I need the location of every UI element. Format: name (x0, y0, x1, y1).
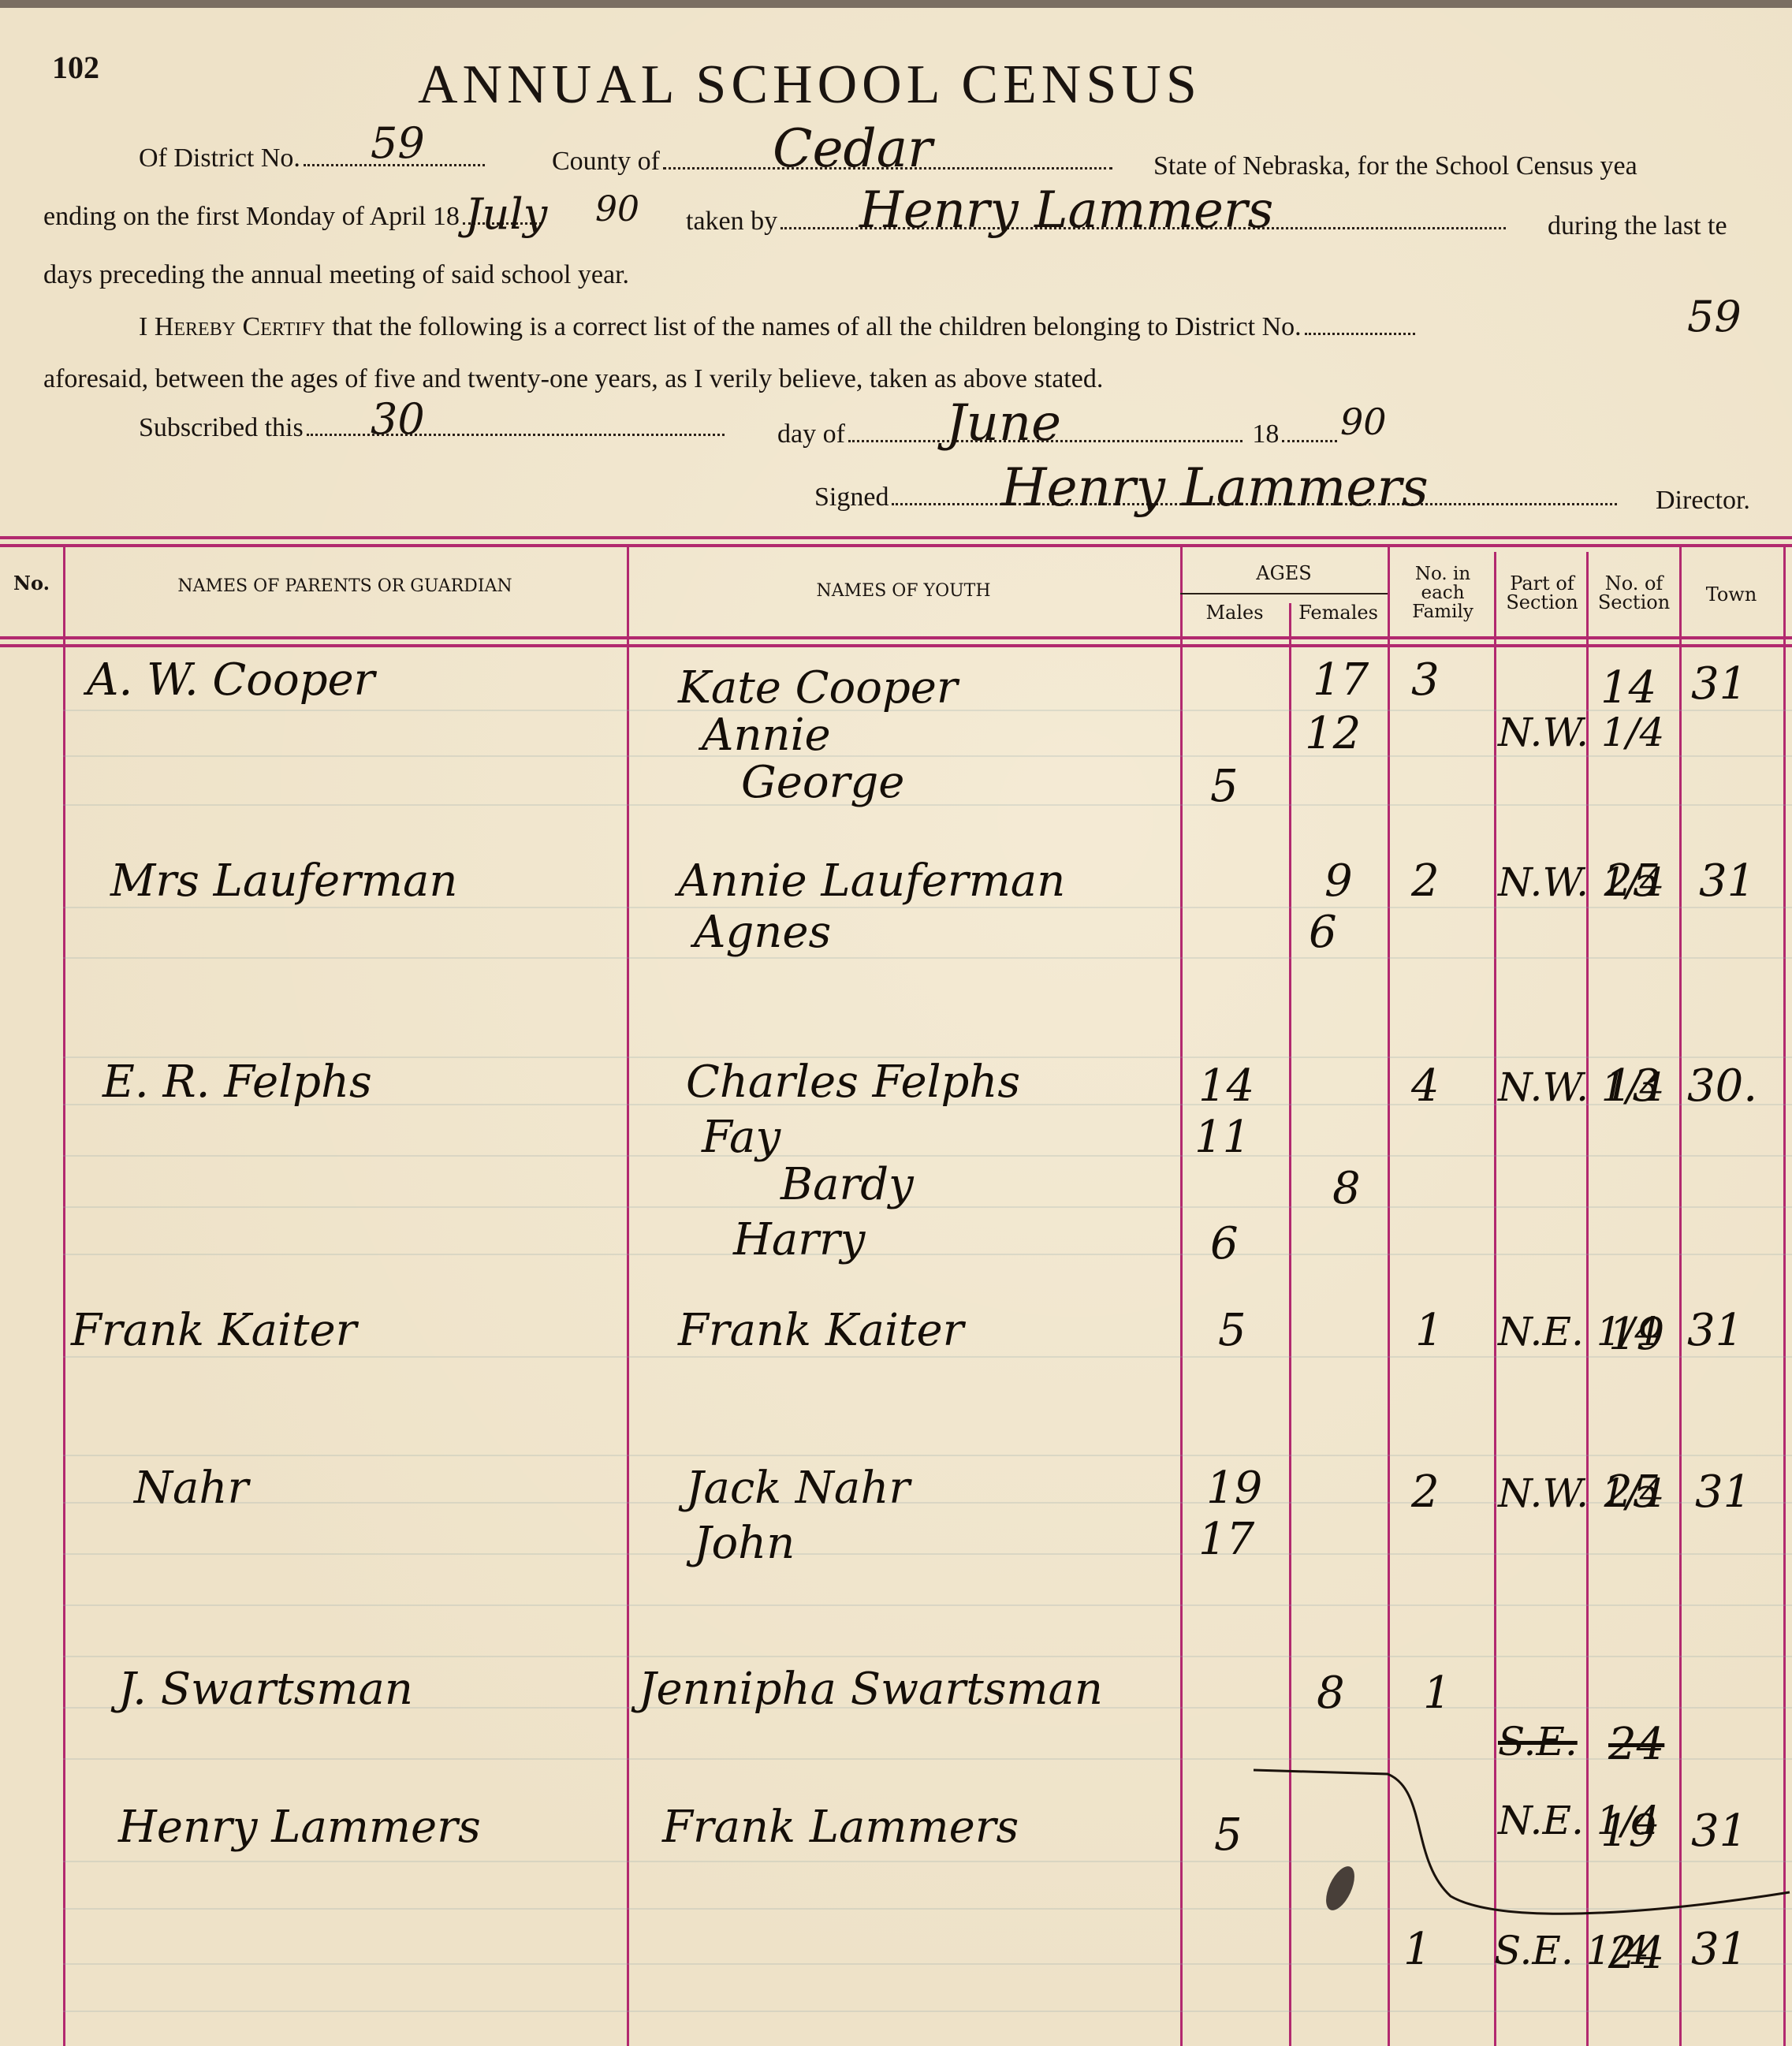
male-age: 5 (1218, 1305, 1246, 1356)
town-number: 30. (1687, 1060, 1757, 1112)
youth-name: George (741, 757, 904, 808)
section-number: 14 (1600, 662, 1656, 714)
subscribed-month: June (946, 394, 1061, 453)
parent-name: Mrs Lauferman (110, 855, 457, 907)
town-number: 31 (1695, 1466, 1751, 1518)
county-name: Cedar (773, 118, 933, 179)
family-count: 2 (1411, 1466, 1440, 1518)
youth-name: John (694, 1518, 795, 1569)
youth-name: Charles Felphs (686, 1057, 1020, 1108)
col-no-section: No. of Section (1589, 574, 1679, 612)
family-count: 4 (1411, 1060, 1440, 1112)
subscribed-day: 30 (371, 394, 425, 444)
male-age: 5 (1214, 1809, 1242, 1861)
male-age: 19 (1206, 1463, 1262, 1514)
male-age: 6 (1210, 1218, 1239, 1269)
ink-connector-curve (1246, 1758, 1792, 1932)
youth-name: Annie Lauferman (678, 855, 1065, 907)
during-label: during the last te (1548, 211, 1727, 241)
table-top-rule-2 (0, 544, 1792, 547)
parent-name: E. R. Felphs (102, 1057, 372, 1108)
days-preceding: days preceding the annual meeting of sai… (43, 260, 629, 290)
col-divider-no (63, 544, 65, 2046)
section-number: 25 (1604, 855, 1660, 907)
district-number: 59 (371, 118, 425, 168)
section-number: 19 (1608, 1309, 1664, 1360)
youth-name: Frank Lammers (662, 1802, 1019, 1853)
town-number: 31 (1699, 855, 1755, 907)
section-number: 25 (1604, 1466, 1660, 1518)
district-label: Of District No. (139, 143, 488, 173)
col-town: Town (1679, 585, 1783, 604)
page-title: ANNUAL SCHOOL CENSUS (418, 54, 1201, 117)
parent-name: A. W. Cooper (87, 654, 374, 706)
page-number: 102 (52, 49, 99, 86)
subscribed-year: 90 (1340, 401, 1387, 443)
census-year: 90 (595, 189, 639, 229)
parent-name: Nahr (134, 1463, 248, 1514)
col-males: Males (1180, 603, 1289, 622)
book-edge (0, 0, 1792, 8)
youth-name: Fay (702, 1112, 781, 1163)
female-age: 6 (1309, 907, 1337, 958)
col-ages: AGES (1180, 564, 1388, 583)
section-number: 13 (1604, 1060, 1660, 1112)
female-age: 9 (1324, 855, 1353, 907)
parent-name: J. Swartsman (118, 1664, 413, 1715)
male-age: 14 (1198, 1060, 1254, 1112)
certify-district-number: 59 (1687, 292, 1742, 341)
ages-underline (1180, 593, 1388, 594)
census-page: 102 ANNUAL SCHOOL CENSUS Of District No.… (0, 0, 1792, 2046)
youth-name: Jennipha Swartsman (639, 1664, 1103, 1715)
youth-name: Kate Cooper (678, 662, 958, 714)
header-bottom-rule-2 (0, 644, 1792, 647)
parent-name: Henry Lammers (118, 1802, 481, 1853)
family-count: 1 (1423, 1668, 1451, 1719)
col-parents: NAMES OF PARENTS OR GUARDIAN (63, 577, 627, 596)
town-number: 31 (1687, 1305, 1743, 1356)
col-part-section: Part of Section (1498, 574, 1586, 612)
youth-name: Bardy (781, 1159, 914, 1210)
female-age: 12 (1305, 708, 1361, 759)
taken-by-name: Henry Lammers (859, 181, 1273, 240)
family-count: 1 (1415, 1305, 1444, 1356)
town-number: 31 (1691, 658, 1747, 710)
youth-name: Annie (702, 710, 831, 761)
certify-text: I Hereby Certify that the following is a… (139, 312, 1418, 342)
female-age: 17 (1313, 654, 1369, 706)
family-count: 3 (1411, 654, 1440, 706)
female-age: 8 (1332, 1163, 1361, 1214)
male-age: 11 (1194, 1112, 1250, 1163)
youth-name: Harry (733, 1214, 865, 1265)
state-text: State of Nebraska, for the School Census… (1153, 151, 1637, 181)
month-handwritten: July (465, 189, 547, 239)
certify-line2: aforesaid, between the ages of five and … (43, 364, 1103, 394)
male-age: 5 (1210, 761, 1239, 812)
youth-name: Jack Nahr (686, 1463, 910, 1514)
section-number: 24 (1608, 1928, 1664, 1979)
youth-name: Frank Kaiter (678, 1305, 963, 1356)
col-divider-youth (1180, 544, 1183, 2046)
male-age: 17 (1198, 1514, 1254, 1565)
youth-name: Agnes (694, 907, 831, 958)
header-bottom-rule (0, 636, 1792, 639)
table-top-rule (0, 536, 1792, 539)
subscribed-label: Subscribed this (139, 413, 728, 443)
family-count: 2 (1411, 855, 1440, 907)
director-signature: Henry Lammers (1001, 457, 1429, 518)
col-no: No. (0, 574, 63, 593)
female-age: 8 (1317, 1668, 1345, 1719)
col-family: No. in each Family (1392, 565, 1494, 621)
col-divider-parents (627, 544, 629, 2046)
col-youth: NAMES OF YOUTH (627, 582, 1180, 601)
col-females: Females (1289, 603, 1388, 622)
director-title: Director. (1656, 486, 1750, 516)
part-of-section: N.W. 1/4 (1498, 710, 1664, 755)
parent-name: Frank Kaiter (71, 1305, 356, 1356)
